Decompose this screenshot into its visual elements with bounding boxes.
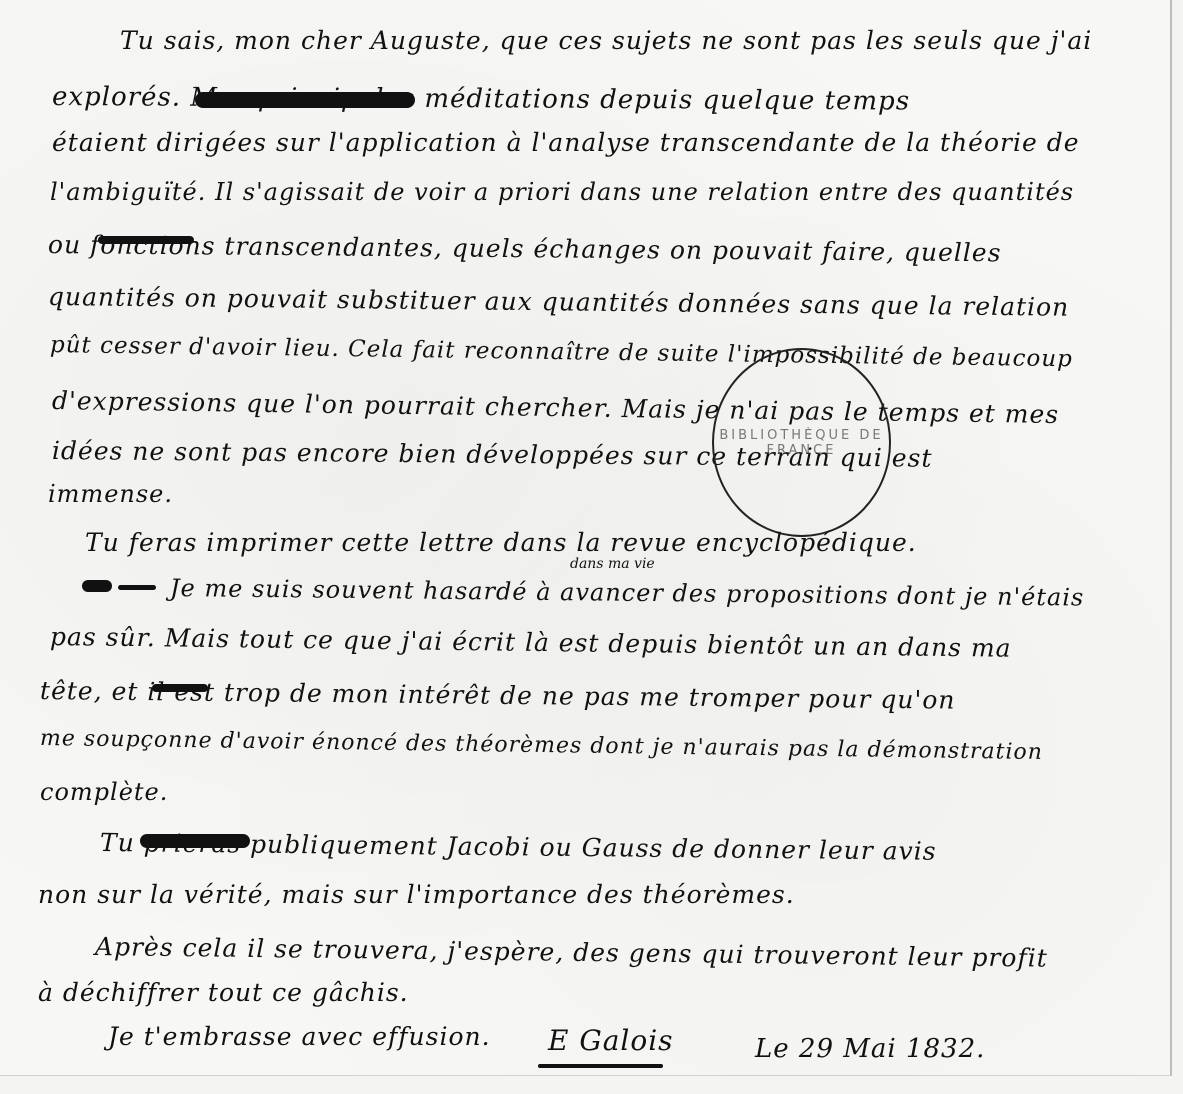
letter-page: Tu sais, mon cher Auguste, que ces sujet… [0, 0, 1172, 1076]
letter-line: étaient dirigées sur l'application à l'a… [52, 128, 1080, 157]
letter-line: tête, et il est trop de mon intérêt de n… [40, 676, 956, 715]
letter-line: Tu sais, mon cher Auguste, que ces sujet… [120, 26, 1092, 55]
crossed-out-word [118, 585, 156, 590]
insertion-text: dans ma vie [570, 556, 655, 572]
letter-line: explorés. Mes principales méditations de… [52, 82, 910, 116]
letter-line: pût cesser d'avoir lieu. Cela fait recon… [50, 332, 1073, 372]
letter-line: non sur la vérité, mais sur l'importance… [38, 880, 795, 909]
signature: E Galois [548, 1024, 674, 1057]
letter-line: Tu feras imprimer cette lettre dans la r… [85, 528, 917, 557]
crossed-out-word [140, 834, 250, 848]
letter-line: l'ambiguïté. Il s'agissait de voir a pri… [50, 178, 1074, 206]
crossed-out-word [82, 580, 112, 592]
closing-line: Je t'embrasse avec effusion. [108, 1022, 491, 1051]
letter-line: immense. [48, 480, 173, 508]
crossed-out-word [152, 684, 208, 692]
crossed-out-word [195, 92, 415, 108]
letter-line: quantités on pouvait substituer aux quan… [48, 282, 1070, 322]
letter-date: Le 29 Mai 1832. [755, 1034, 985, 1064]
library-stamp: BIBLIOTHÈQUE DE FRANCE [712, 348, 891, 537]
letter-line: Je me suis souvent hasardé à avancer des… [170, 574, 1085, 612]
letter-line: pas sûr. Mais tout ce que j'ai écrit là … [50, 622, 1012, 663]
letter-line: d'expressions que l'on pourrait chercher… [52, 386, 1059, 429]
letter-line: Après cela il se trouvera, j'espère, des… [95, 932, 1048, 973]
signature-underline [538, 1064, 663, 1068]
letter-line: à déchiffrer tout ce gâchis. [38, 978, 409, 1007]
crossed-out-word [98, 236, 194, 244]
letter-line: me soupçonne d'avoir énoncé des théorème… [40, 726, 1043, 765]
stamp-text: BIBLIOTHÈQUE DE FRANCE [714, 350, 889, 535]
letter-line: complète. [40, 778, 168, 806]
